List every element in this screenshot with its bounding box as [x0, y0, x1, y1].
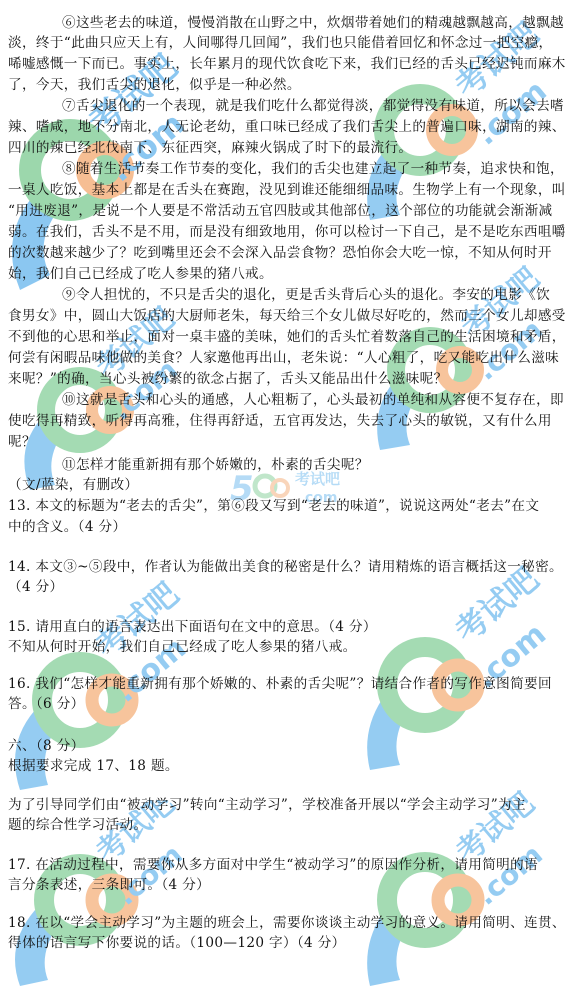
question-18: 18. 在以“学会主动学习”为主题的班会上，需要你谈谈主动学习的意义。请用简明、… [8, 914, 574, 932]
question-16: 答。（6 分） [8, 695, 574, 713]
paragraph-10-line: 使吃得再精致，听得再高雅，住得再舒适，五官再发达，失去了心头的敏锐，又有什么用 [8, 412, 574, 430]
question-15-quote: 不知从何时开始，我们自己已经成了吃人参果的猪八戒。 [8, 638, 574, 656]
paragraph-8-line: 弱。在我们，舌头不是不用，而是没有细致地用，你可以检讨一下自己，是不是吃东西咀嚼 [8, 223, 574, 241]
paragraph-8-line: ⑧随着生活节奏工作节奏的变化，我们的舌尖也建立起了一种节奏，追求快和饱， [62, 160, 574, 178]
paragraph-9-line: 不到他的心思和举止，面对一桌丰盛的美味，她们的舌头忙着数落自己的生活困境和矛盾， [8, 328, 574, 346]
question-17: 言分条表述，三条即可。（4 分） [8, 876, 574, 894]
section-6-heading: 六、（8 分） [8, 737, 574, 755]
paragraph-9-line: 来呢？”的确，当心头被纷繁的欲念占据了，舌头又能品出什么滋味呢？ [8, 370, 574, 388]
paragraph-8-line: “用进废退”，是说一个人要是不常活动五官四肢或其他部位，这个部位的功能就会渐渐减 [8, 202, 574, 220]
paragraph-11: ⑪怎样才能重新拥有那个娇嫩的，朴素的舌尖呢？ [62, 456, 574, 474]
paragraph-7-line: ⑦舌尖退化的一个表现，就是我们吃什么都觉得淡，都觉得没有味道，所以会去嗜 [62, 97, 574, 115]
paragraph-6-line: 唏嘘感慨一下而已。事实上，长年累月的现代饮食吃下来，我们已经的舌头已经迟钝而麻木 [8, 55, 574, 73]
question-14: （4 分） [8, 578, 574, 596]
question-14: 14. 本文③~⑤段中，作者认为能做出美食的秘密是什么？请用精炼的语言概括这一秘… [8, 558, 574, 576]
question-17: 17. 在活动过程中，需要你从多方面对中学生“被动学习”的原因作分析，请用简明的… [8, 856, 574, 874]
paragraph-10-line: 呢？ [8, 433, 574, 451]
paragraph-7-line: 辣、嗜咸，地不分南北，人无论老幼，重口味已经成了我们舌尖上的普遍口味，湖南的辣、 [8, 118, 574, 136]
paragraph-10-line: ⑩这就是舌头和心头的通感，人心粗粝了，心头最初的单纯和从容便不复存在，即 [62, 391, 574, 409]
question-13: 13. 本文的标题为“老去的舌尖”，第⑥段又写到“老去的味道”，说说这两处“老去… [8, 497, 574, 515]
activity-intro: 题的综合性学习活动。 [8, 816, 574, 834]
paragraph-9-line: 何尝有闲暇品味他做的美食？人家邀他再出山，老朱说：“人心粗了，吃又能吃出什么滋味 [8, 349, 574, 367]
paragraph-8-line: 的次数越来越少了？吃到嘴里还会不会深入品尝食物？恐怕你会大吃一惊，不知从何时开 [8, 244, 574, 262]
passage-source: （文/蓝染，有删改） [8, 476, 574, 494]
question-18: 得体的语言写下你要说的话。（100—120 字）（4 分） [8, 934, 574, 952]
paragraph-8-line: 一桌人吃饭，基本上都是在舌头在赛跑，没见到谁还能细细品味。生物学上有一个现象，叫 [8, 181, 574, 199]
paragraph-9-line: 食男女》中，圆山大饭店的大厨师老朱，每天给三个女儿做尽好吃的，然而三个女儿却感受 [8, 307, 574, 325]
paragraph-6-line: 淡，终于“此曲只应天上有，人间哪得几回闻”，我们也只能借着回忆和怀念过一把空瘾， [8, 34, 574, 52]
paragraph-9-line: ⑨令人担忧的，不只是舌尖的退化，更是舌头背后心头的退化。李安的电影《饮 [62, 286, 574, 304]
paragraph-8-line: 始，我们自己已经成了吃人参果的猪八戒。 [8, 265, 574, 283]
exam-page: ⑥这些老去的味道，慢慢消散在山野之中，炊烟带着她们的精魂越飘越高，越飘越 淡，终… [0, 0, 580, 986]
paragraph-6-line: 了，今天，我们舌尖的退化，似乎是一种必然。 [8, 76, 574, 94]
paragraph-7-line: 四川的辣已经北伐南下、东征西突，麻辣火锅成了时下的最流行。 [8, 139, 574, 157]
question-13: 中的含义。（4 分） [8, 518, 574, 536]
paragraph-6-line: ⑥这些老去的味道，慢慢消散在山野之中，炊烟带着她们的精魂越飘越高，越飘越 [62, 14, 574, 32]
question-16: 16. 我们“怎样才能重新拥有那个娇嫩的、朴素的舌尖呢”？请结合作者的写作意图简… [8, 675, 574, 693]
section-6-instruction: 根据要求完成 17、18 题。 [8, 757, 574, 775]
activity-intro: 为了引导同学们由“被动学习”转向“主动学习”，学校准备开展以“学会主动学习”为主 [8, 796, 574, 814]
question-15: 15. 请用直白的语言表达出下面语句在文中的意思。（4 分） [8, 618, 574, 636]
